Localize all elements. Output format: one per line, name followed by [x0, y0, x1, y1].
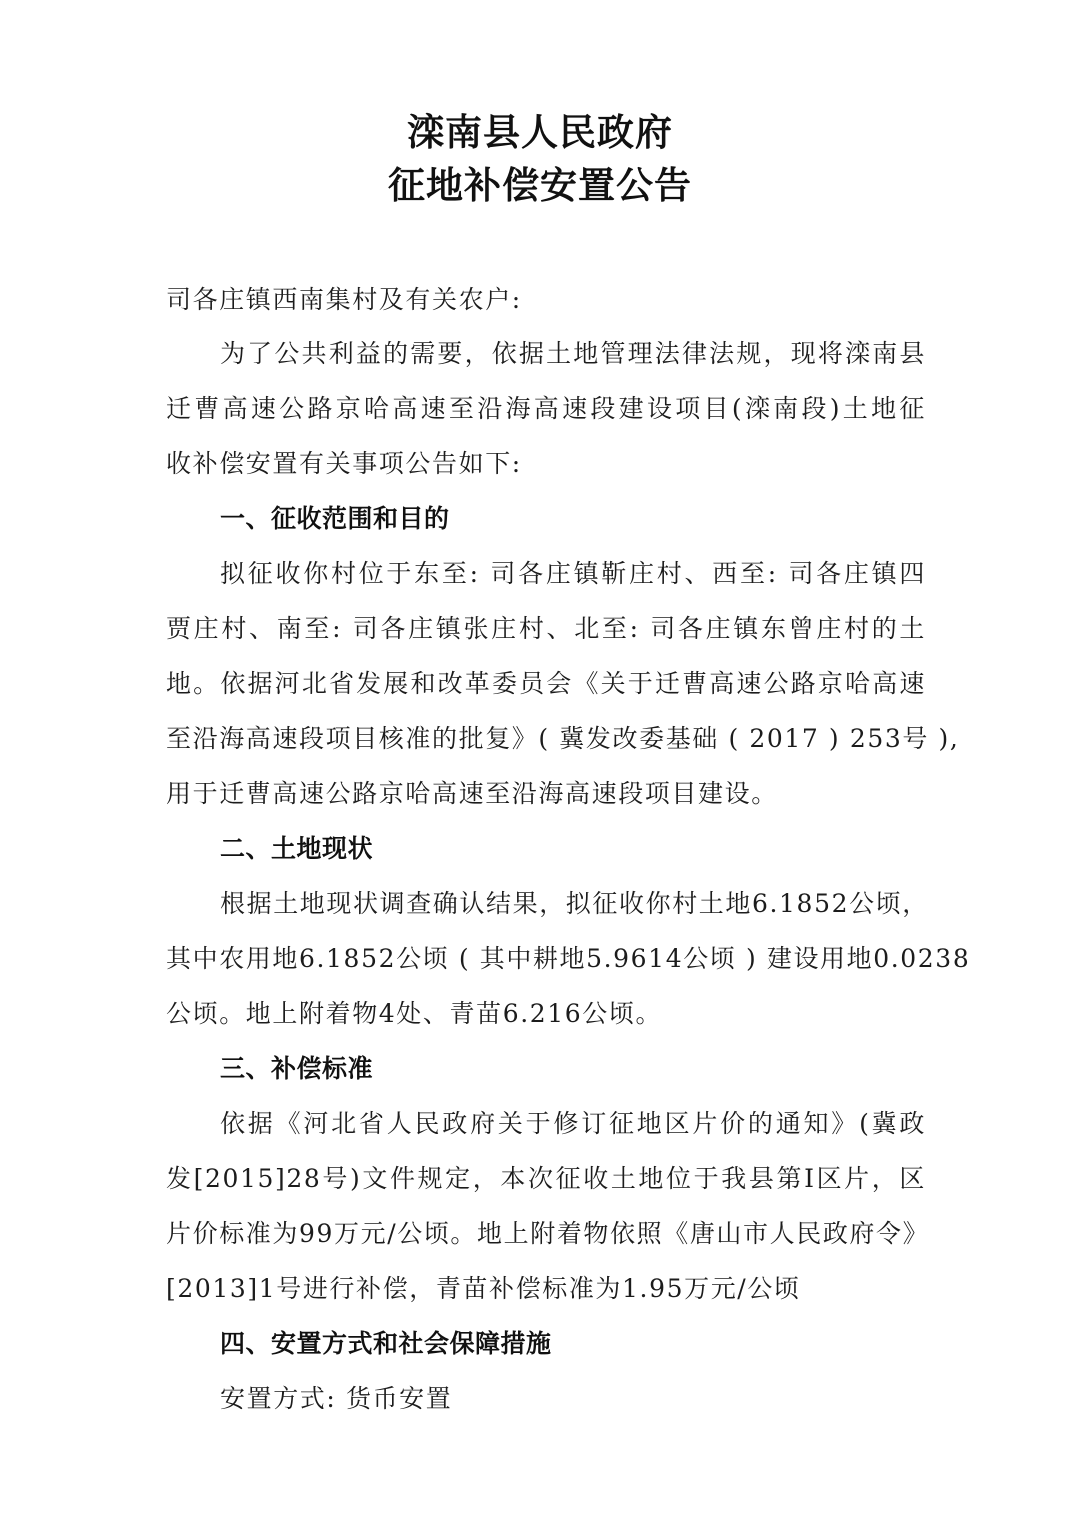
section-4-line-1: 安置方式: 货币安置	[220, 1382, 926, 1416]
section-1-line-4: 至沿海高速段项目核准的批复》( 冀发改委基础 ( 2017 ) 253号 ),	[166, 722, 926, 756]
section-2-line-3: 公顷。地上附着物4处、青苗6.216公顷。	[166, 997, 926, 1031]
section-1-line-5: 用于迁曹高速公路京哈高速至沿海高速段项目建设。	[166, 777, 926, 811]
salutation: 司各庄镇西南集村及有关农户:	[166, 283, 926, 317]
section-3-line-4: [2013]1号进行补偿，青苗补偿标准为1.95万元/公顷	[166, 1272, 926, 1306]
document-title-line-1: 滦南县人民政府	[0, 110, 1080, 154]
section-1-heading: 一、征收范围和目的	[220, 502, 450, 536]
section-3-line-1: 依据《河北省人民政府关于修订征地区片价的通知》(冀政	[220, 1107, 926, 1141]
intro-line-2: 迁曹高速公路京哈高速至沿海高速段建设项目(滦南段)土地征	[166, 392, 926, 426]
section-2-heading: 二、土地现状	[220, 832, 373, 866]
section-1-line-2: 贾庄村、南至: 司各庄镇张庄村、北至: 司各庄镇东曾庄村的土	[166, 612, 926, 646]
section-3-line-3: 片价标准为99万元/公顷。地上附着物依照《唐山市人民政府令》	[166, 1217, 926, 1251]
document-title-line-2: 征地补偿安置公告	[0, 163, 1080, 207]
section-2-line-2: 其中农用地6.1852公顷 ( 其中耕地5.9614公顷 ) 建设用地0.023…	[166, 942, 926, 976]
section-2-line-1: 根据土地现状调查确认结果，拟征收你村土地6.1852公顷，	[220, 887, 926, 921]
section-3-line-2: 发[2015]28号)文件规定，本次征收土地位于我县第Ⅰ区片，区	[166, 1162, 926, 1196]
section-4-heading: 四、安置方式和社会保障措施	[220, 1327, 552, 1361]
section-1-line-1: 拟征收你村位于东至: 司各庄镇靳庄村、西至: 司各庄镇四	[220, 557, 926, 591]
intro-line-3: 收补偿安置有关事项公告如下:	[166, 447, 926, 481]
intro-line-1: 为了公共利益的需要，依据土地管理法律法规，现将滦南县	[220, 337, 926, 371]
section-1-line-3: 地。依据河北省发展和改革委员会《关于迁曹高速公路京哈高速	[166, 667, 926, 701]
document-page: 滦南县人民政府 征地补偿安置公告 司各庄镇西南集村及有关农户: 为了公共利益的需…	[0, 0, 1080, 1526]
section-3-heading: 三、补偿标准	[220, 1052, 373, 1086]
